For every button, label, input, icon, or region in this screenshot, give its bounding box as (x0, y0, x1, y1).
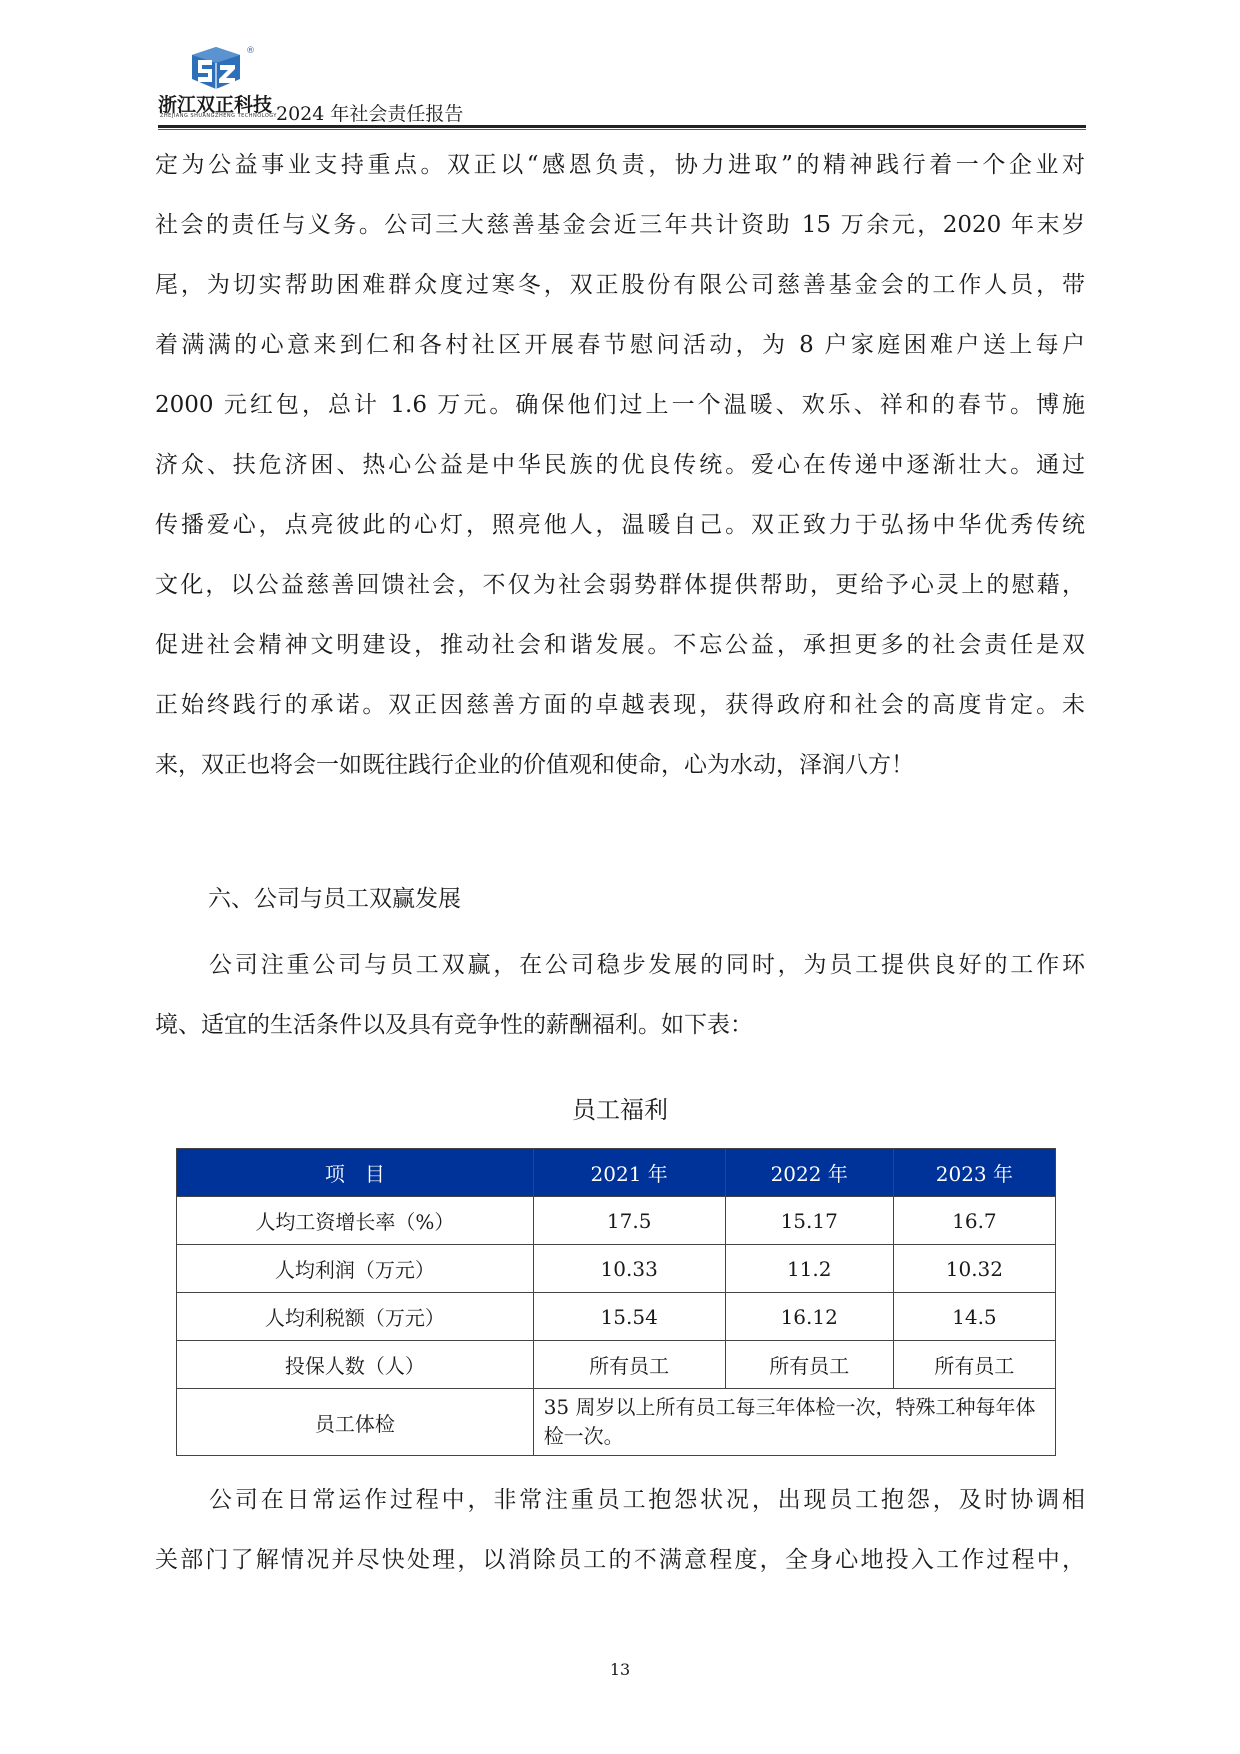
text-line: 关部门了解情况并尽快处理，以消除员工的不满意程度，全身心地投入工作过程中， (155, 1530, 1085, 1590)
employee-complaint-paragraph: 公司在日常运作过程中，非常注重员工抱怨状况，出现员工抱怨，及时协调相 关部门了解… (155, 1470, 1085, 1590)
cell-value: 14.5 (893, 1293, 1055, 1341)
report-title: 2024 年社会责任报告 (276, 99, 463, 126)
text-line: 济众、扶危济困、热心公益是中华民族的优良传统。爱心在传递中逐渐壮大。通过 (155, 435, 1085, 495)
row-label: 员工体检 (177, 1389, 534, 1456)
cell-value: 11.2 (725, 1245, 893, 1293)
company-logo: ® 浙江双正科技 ZHEJIANG SHUANGZHENG TECHNOLOGY (158, 44, 278, 122)
row-label: 人均工资增长率（%） (177, 1197, 534, 1245)
text-line: 正始终践行的承诺。双正因慈善方面的卓越表现，获得政府和社会的高度肯定。未 (155, 675, 1085, 735)
registered-mark: ® (246, 46, 255, 56)
column-header-item: 项 目 (177, 1149, 534, 1197)
sz-cube-logo-icon (190, 46, 242, 90)
text-line: 2000 元红包，总计 1.6 万元。确保他们过上一个温暖、欢乐、祥和的春节。博… (155, 375, 1085, 435)
cell-value: 所有员工 (725, 1341, 893, 1389)
row-label: 人均利税额（万元） (177, 1293, 534, 1341)
text-line: 公司在日常运作过程中，非常注重员工抱怨状况，出现员工抱怨，及时协调相 (155, 1470, 1085, 1530)
cell-value: 16.12 (725, 1293, 893, 1341)
cell-value: 10.33 (533, 1245, 725, 1293)
cell-value: 15.54 (533, 1293, 725, 1341)
column-header-2023: 2023 年 (893, 1149, 1055, 1197)
column-header-2021: 2021 年 (533, 1149, 725, 1197)
text-line: 促进社会精神文明建设，推动社会和谐发展。不忘公益，承担更多的社会责任是双 (155, 615, 1085, 675)
employee-benefits-table: 项 目 2021 年 2022 年 2023 年 人均工资增长率（%） 17.5… (176, 1148, 1056, 1456)
logo-company-name-en: ZHEJIANG SHUANGZHENG TECHNOLOGY (160, 113, 277, 119)
table-row: 人均利润（万元） 10.33 11.2 10.32 (177, 1245, 1056, 1293)
text-line: 着满满的心意来到仁和各村社区开展春节慰问活动，为 8 户家庭困难户送上每户 (155, 315, 1085, 375)
text-line: 境、适宜的生活条件以及具有竞争性的薪酬福利。如下表： (155, 995, 1085, 1055)
charity-paragraph: 定为公益事业支持重点。双正以“感恩负责，协力进取”的精神践行着一个企业对 社会的… (155, 135, 1085, 795)
text-line: 公司注重公司与员工双赢，在公司稳步发展的同时，为员工提供良好的工作环 (155, 935, 1085, 995)
text-line: 社会的责任与义务。公司三大慈善基金会近三年共计资助 15 万余元，2020 年末… (155, 195, 1085, 255)
header-divider (158, 125, 1086, 128)
column-header-2022: 2022 年 (725, 1149, 893, 1197)
merged-cell-value: 35 周岁以上所有员工每三年体检一次，特殊工种每年体检一次。 (533, 1389, 1055, 1456)
row-label: 投保人数（人） (177, 1341, 534, 1389)
cell-value: 所有员工 (893, 1341, 1055, 1389)
table-row: 人均利税额（万元） 15.54 16.12 14.5 (177, 1293, 1056, 1341)
text-line: 定为公益事业支持重点。双正以“感恩负责，协力进取”的精神践行着一个企业对 (155, 135, 1085, 195)
section-intro-paragraph: 公司注重公司与员工双赢，在公司稳步发展的同时，为员工提供良好的工作环 境、适宜的… (155, 935, 1085, 1055)
text-line: 传播爱心，点亮彼此的心灯，照亮他人，温暖自己。双正致力于弘扬中华优秀传统 (155, 495, 1085, 555)
table-header-row: 项 目 2021 年 2022 年 2023 年 (177, 1149, 1056, 1197)
table-row: 人均工资增长率（%） 17.5 15.17 16.7 (177, 1197, 1056, 1245)
cell-value: 17.5 (533, 1197, 725, 1245)
table-row: 投保人数（人） 所有员工 所有员工 所有员工 (177, 1341, 1056, 1389)
header-divider-thin (158, 129, 1086, 130)
section-heading: 六、公司与员工双赢发展 (208, 880, 461, 913)
text-line: 文化，以公益慈善回馈社会，不仅为社会弱势群体提供帮助，更给予心灵上的慰藉， (155, 555, 1085, 615)
text-line: 来，双正也将会一如既往践行企业的价值观和使命，心为水动，泽润八方！ (155, 735, 1085, 795)
text-line: 尾，为切实帮助困难群众度过寒冬，双正股份有限公司慈善基金会的工作人员，带 (155, 255, 1085, 315)
cell-value: 15.17 (725, 1197, 893, 1245)
cell-value: 10.32 (893, 1245, 1055, 1293)
page-header: ® 浙江双正科技 ZHEJIANG SHUANGZHENG TECHNOLOGY… (158, 44, 1086, 124)
page-number: 13 (0, 1660, 1240, 1679)
row-label: 人均利润（万元） (177, 1245, 534, 1293)
cell-value: 16.7 (893, 1197, 1055, 1245)
cell-value: 所有员工 (533, 1341, 725, 1389)
table-row: 员工体检 35 周岁以上所有员工每三年体检一次，特殊工种每年体检一次。 (177, 1389, 1056, 1456)
table-title: 员工福利 (0, 1090, 1240, 1125)
